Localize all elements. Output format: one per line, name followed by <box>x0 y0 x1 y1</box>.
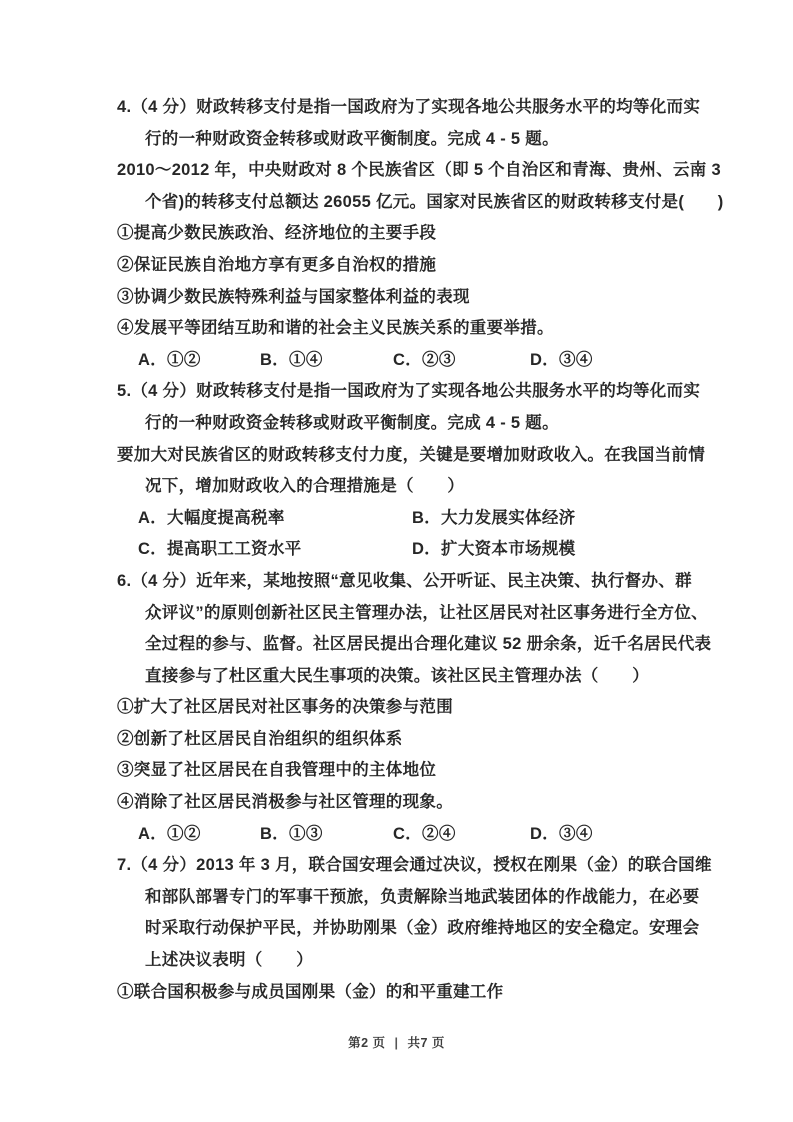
q6-item-4: ④消除了社区居民消极参与社区管理的现象。 <box>117 787 685 819</box>
q4-stimulus-line-2: 个省)的转移支付总额达 26055 亿元。国家对民族省区的财政转移支付是( ) <box>117 187 685 219</box>
footer-page-number: 第2 页 <box>348 1036 385 1050</box>
q7-stem-line-3: 时采取行动保护平民，并协助刚果（金）政府维持地区的安全稳定。安理会 <box>117 913 685 945</box>
q6-option-a: A．①② <box>138 819 260 851</box>
q6-item-1: ①扩大了社区居民对社区事务的决策参与范围 <box>117 692 685 724</box>
q5-options-row-2: C．提高职工工资水平 D．扩大资本市场规模 <box>117 534 685 566</box>
q6-stem-line-3: 全过程的参与、监督。社区居民提出合理化建议 52 册余条，近千名居民代表 <box>117 629 685 661</box>
q7-stem-line-4: 上述决议表明（ ） <box>117 945 685 977</box>
q6-stem-line-2: 众评议”的原则创新社区民主管理办法，让社区居民对社区事务进行全方位、 <box>117 598 685 630</box>
q5-option-b: B．大力发展实体经济 <box>412 503 575 535</box>
q4-option-b: B．①④ <box>260 345 393 377</box>
q6-option-b: B．①③ <box>260 819 393 851</box>
q4-option-a: A．①② <box>138 345 260 377</box>
q4-option-c: C．②③ <box>393 345 530 377</box>
q4-option-d: D．③④ <box>530 345 593 377</box>
q5-stimulus-line-2: 况下，增加财政收入的合理措施是（ ） <box>117 471 685 503</box>
q6-stem-line-4: 直接参与了杜区重大民生事项的决策。该社区民主管理办法（ ） <box>117 661 685 693</box>
q5-stimulus-line-1: 要加大对民族省区的财政转移支付力度，关键是要增加财政收入。在我国当前情 <box>117 440 685 472</box>
q4-stem-line-1: 4.（4 分）财政转移支付是指一国政府为了实现各地公共服务水平的均等化而实 <box>117 92 685 124</box>
q5-stem-line-1: 5.（4 分）财政转移支付是指一国政府为了实现各地公共服务水平的均等化而实 <box>117 376 685 408</box>
q6-item-2: ②创新了杜区居民自治组织的组织体系 <box>117 724 685 756</box>
q4-options-row: A．①② B．①④ C．②③ D．③④ <box>117 345 685 377</box>
footer-total-pages: 共7 页 <box>408 1036 445 1050</box>
q6-option-d: D．③④ <box>530 819 593 851</box>
q4-stem-line-2: 行的一种财政资金转移或财政平衡制度。完成 4 - 5 题。 <box>117 124 685 156</box>
q4-item-2: ②保证民族自治地方享有更多自治权的措施 <box>117 250 685 282</box>
question-5: 5.（4 分）财政转移支付是指一国政府为了实现各地公共服务水平的均等化而实 行的… <box>117 376 685 566</box>
q7-item-1: ①联合国积极参与成员国刚果（金）的和平重建工作 <box>117 977 685 1009</box>
q6-stem-line-1: 6.（4 分）近年来，某地按照“意见收集、公开听证、民主决策、执行督办、群 <box>117 566 685 598</box>
q4-item-4: ④发展平等团结互助和谐的社会主义民族关系的重要举措。 <box>117 313 685 345</box>
q5-option-d: D．扩大资本市场规模 <box>412 534 575 566</box>
exam-page-content: 4.（4 分）财政转移支付是指一国政府为了实现各地公共服务水平的均等化而实 行的… <box>117 92 685 1008</box>
q5-options-row-1: A．大幅度提高税率 B．大力发展实体经济 <box>117 503 685 535</box>
q4-item-1: ①提高少数民族政治、经济地位的主要手段 <box>117 218 685 250</box>
question-4: 4.（4 分）财政转移支付是指一国政府为了实现各地公共服务水平的均等化而实 行的… <box>117 92 685 376</box>
footer-separator: | <box>395 1036 399 1050</box>
q6-item-3: ③突显了社区居民在自我管理中的主体地位 <box>117 755 685 787</box>
q6-option-c: C．②④ <box>393 819 530 851</box>
page-footer: 第2 页|共7 页 <box>0 1033 793 1051</box>
q7-stem-line-2: 和部队部署专门的军事干预旅，负责解除当地武装团体的作战能力，在必要 <box>117 882 685 914</box>
q5-option-c: C．提高职工工资水平 <box>138 534 412 566</box>
q7-stem-line-1: 7.（4 分）2013 年 3 月，联合国安理会通过决议，授权在刚果（金）的联合… <box>117 850 685 882</box>
q6-options-row: A．①② B．①③ C．②④ D．③④ <box>117 819 685 851</box>
question-7: 7.（4 分）2013 年 3 月，联合国安理会通过决议，授权在刚果（金）的联合… <box>117 850 685 1008</box>
q5-option-a: A．大幅度提高税率 <box>138 503 412 535</box>
q5-stem-line-2: 行的一种财政资金转移或财政平衡制度。完成 4 - 5 题。 <box>117 408 685 440</box>
question-6: 6.（4 分）近年来，某地按照“意见收集、公开听证、民主决策、执行督办、群 众评… <box>117 566 685 850</box>
q4-item-3: ③协调少数民族特殊利益与国家整体利益的表现 <box>117 282 685 314</box>
q4-stimulus-line-1: 2010～2012 年，中央财政对 8 个民族省区（即 5 个自治区和青海、贵州… <box>117 155 685 187</box>
